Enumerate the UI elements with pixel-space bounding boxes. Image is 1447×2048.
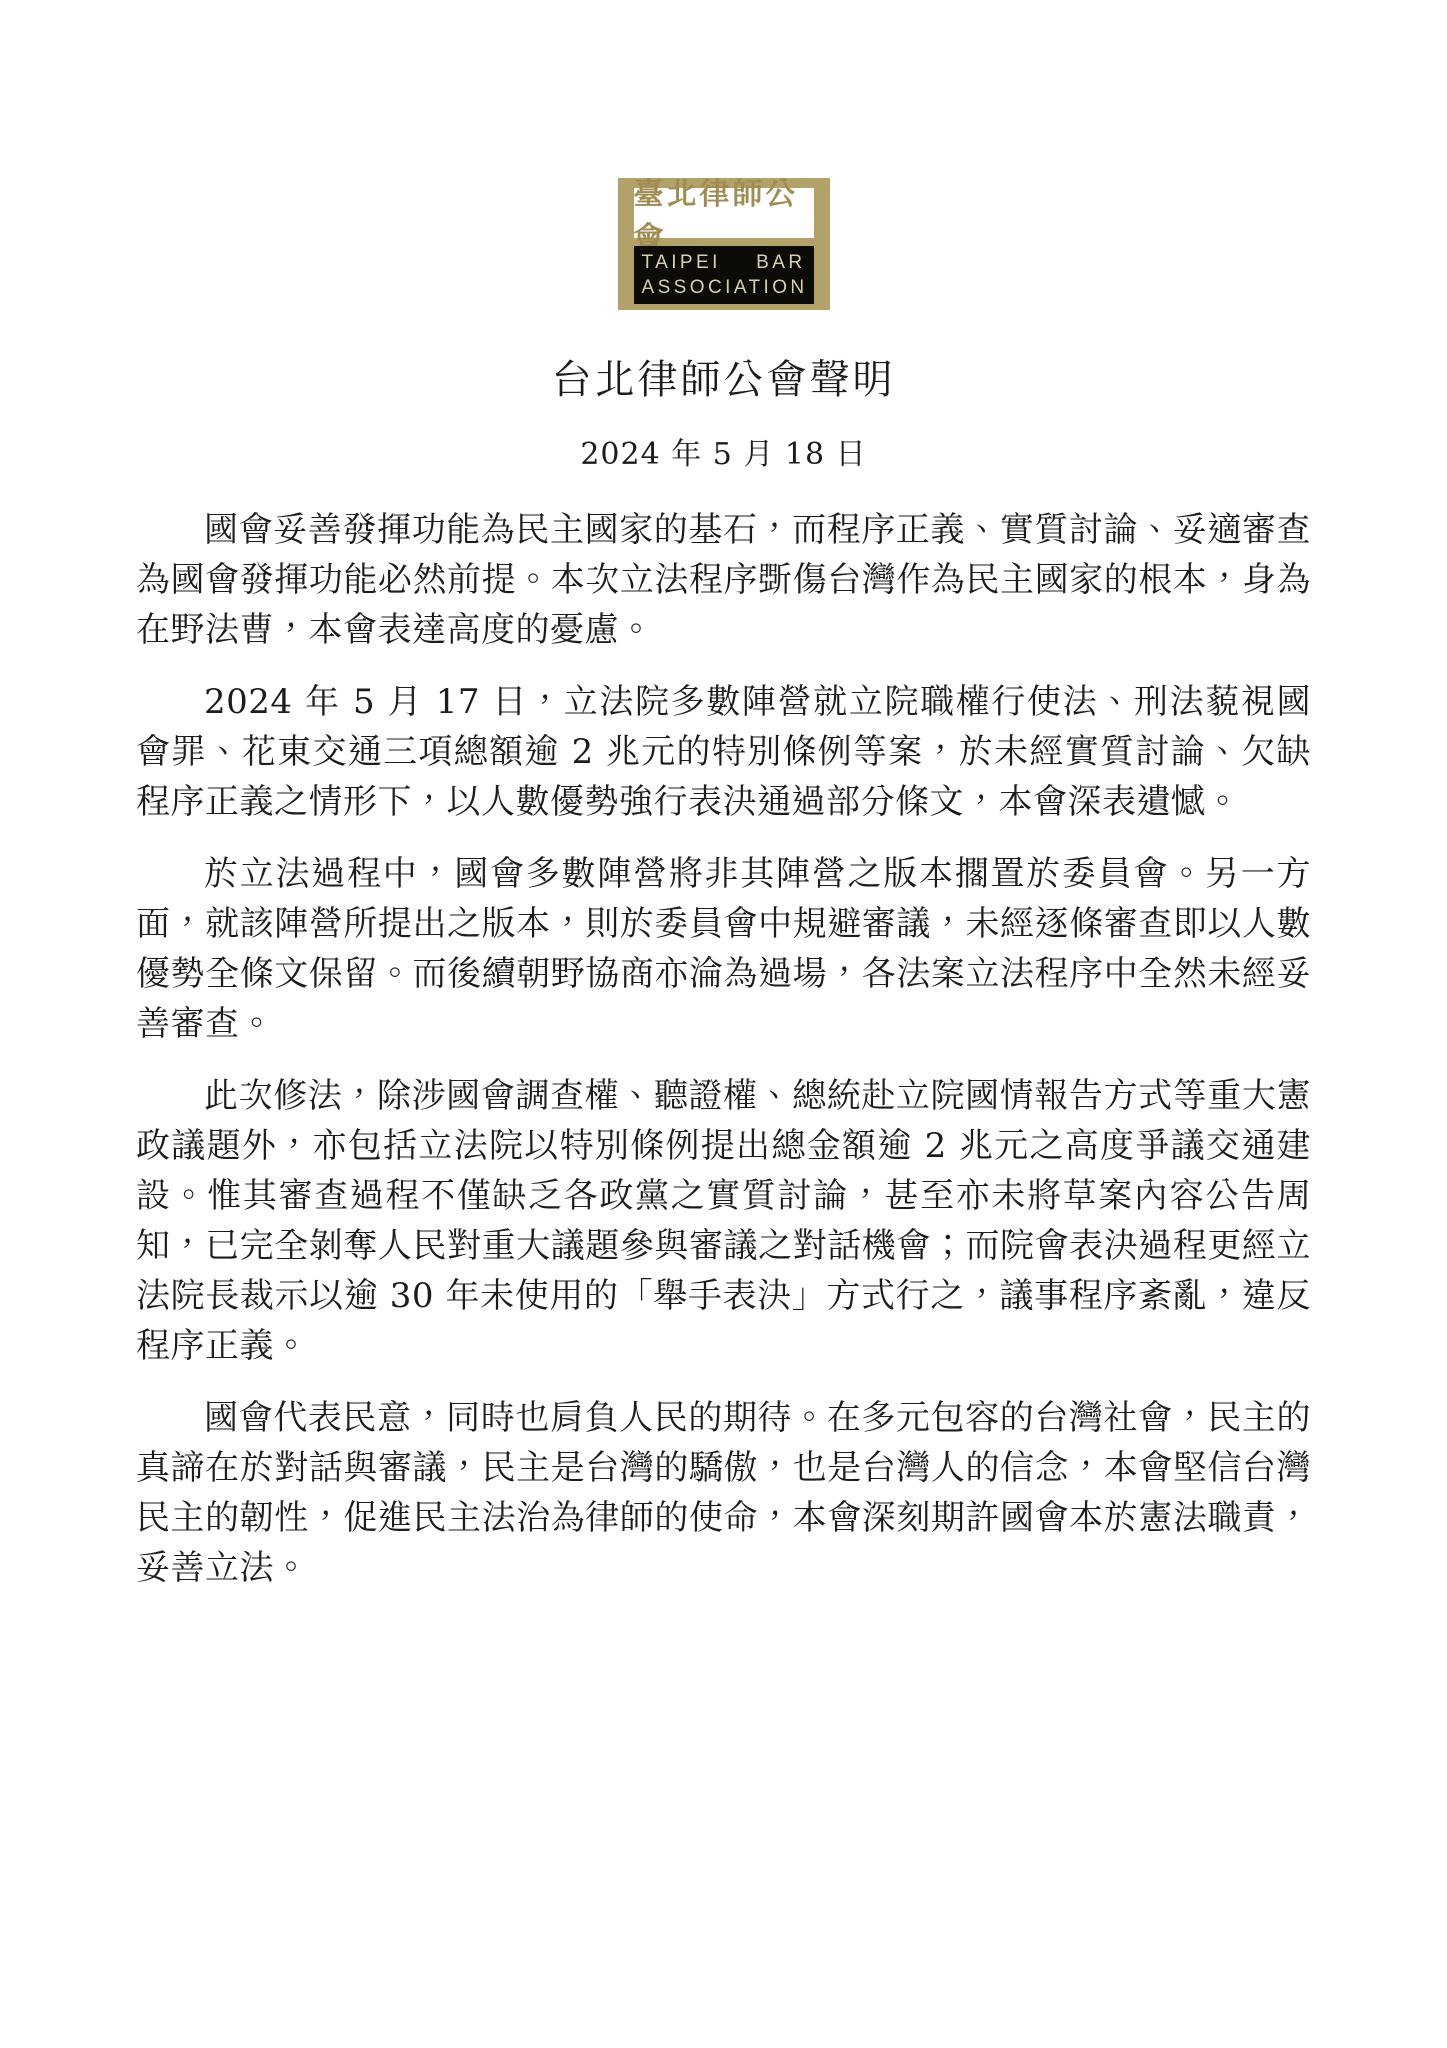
document-page: 臺北律師公會 TAIPEI BAR ASSOCIATION 台北律師公會聲明 2… [0, 0, 1447, 2048]
page-title: 台北律師公會聲明 [0, 348, 1447, 405]
logo-english-line2: ASSOCIATION [642, 275, 806, 300]
statement-paragraph-3: 於立法過程中，國會多數陣營將非其陣營之版本擱置於委員會。另一方面，就該陣營所提出… [136, 849, 1311, 1049]
statement-paragraph-5: 國會代表民意，同時也肩負人民的期待。在多元包容的台灣社會，民主的真諦在於對話與審… [136, 1393, 1311, 1593]
logo-english-line1: TAIPEI BAR [642, 250, 806, 275]
statement-date: 2024 年 5 月 18 日 [0, 429, 1447, 473]
statement-paragraph-1: 國會妥善發揮功能為民主國家的基石，而程序正義、實質討論、妥適審查為國會發揮功能必… [136, 505, 1311, 655]
logo-english-name: TAIPEI BAR ASSOCIATION [634, 246, 814, 304]
document-header: 臺北律師公會 TAIPEI BAR ASSOCIATION 台北律師公會聲明 2… [0, 178, 1447, 473]
statement-paragraph-4: 此次修法，除涉國會調查權、聽證權、總統赴立院國情報告方式等重大憲政議題外，亦包括… [136, 1071, 1311, 1371]
statement-paragraph-2: 2024 年 5 月 17 日，立法院多數陣營就立院職權行使法、刑法藐視國會罪、… [136, 677, 1311, 827]
logo-chinese-name: 臺北律師公會 [634, 188, 814, 238]
statement-body: 國會妥善發揮功能為民主國家的基石，而程序正義、實質討論、妥適審查為國會發揮功能必… [136, 505, 1311, 1593]
taipei-bar-association-logo: 臺北律師公會 TAIPEI BAR ASSOCIATION [618, 178, 830, 310]
